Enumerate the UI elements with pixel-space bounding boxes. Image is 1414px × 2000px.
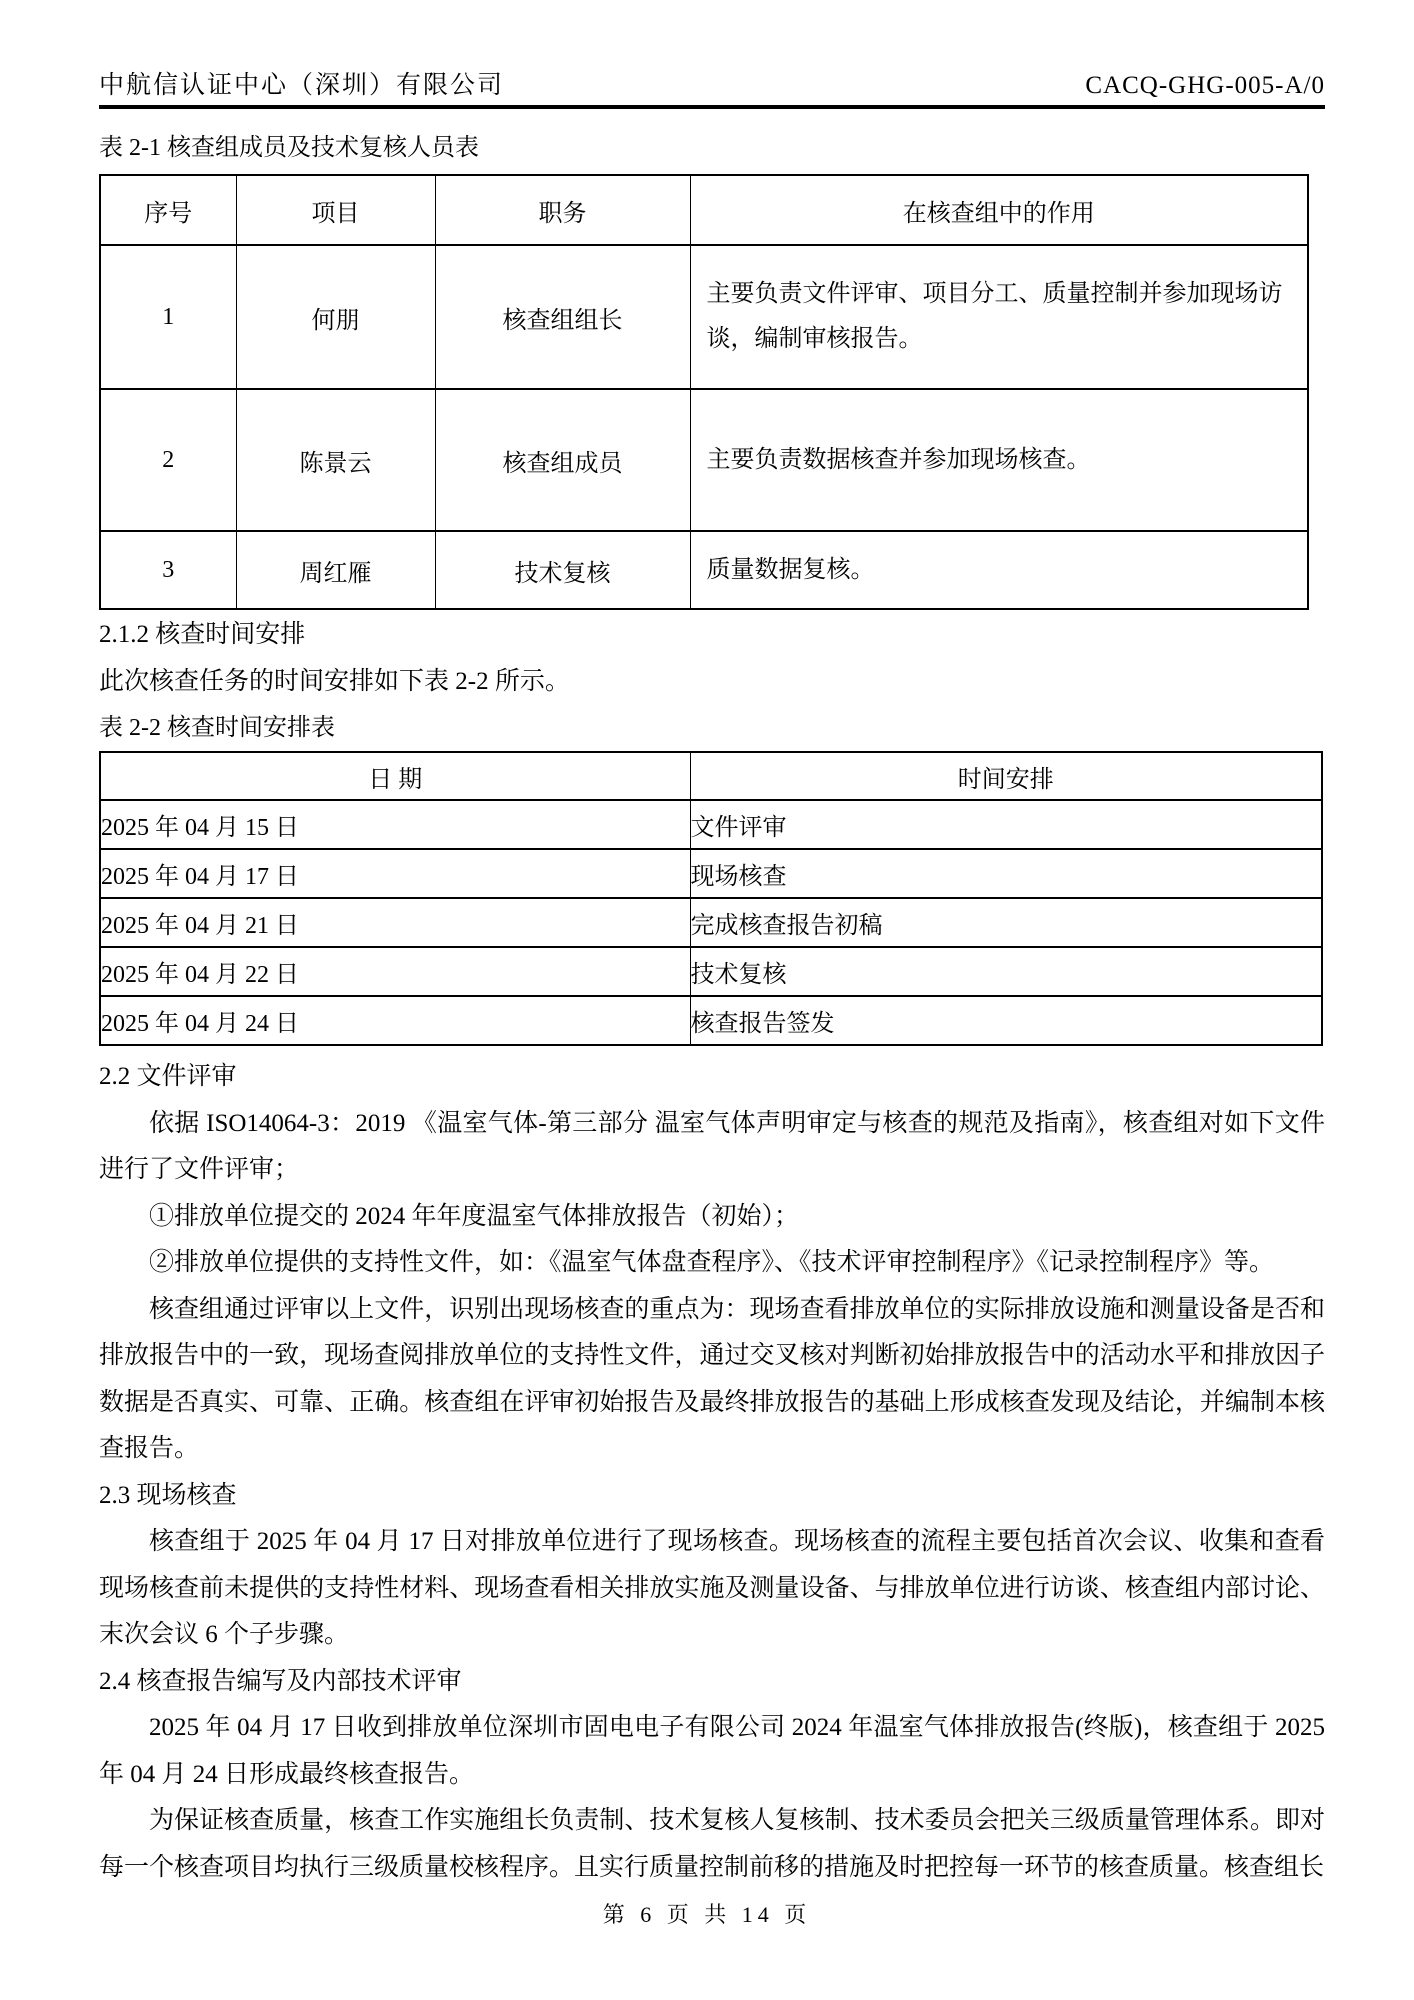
table-row: 2025 年 04 月 22 日 技术复核 (100, 947, 1322, 996)
section-2-3-para-1: 核查组于 2025 年 04 月 17 日对排放单位进行了现场核查。现场核查的流… (99, 1519, 1325, 1659)
table-row: 3 周红雁 技术复核 质量数据复核。 (100, 531, 1308, 609)
table-row: 2 陈景云 核查组成员 主要负责数据核查并参加现场核查。 (100, 389, 1308, 531)
table2-caption: 表 2-2 核查时间安排表 (99, 705, 1325, 751)
table-cell-plan: 完成核查报告初稿 (690, 898, 1322, 947)
table-cell-role: 主要负责数据核查并参加现场核查。 (690, 389, 1308, 531)
table-cell-plan: 核查报告签发 (690, 996, 1322, 1045)
page-number: 第 6 页 共 14 页 (0, 1898, 1414, 1929)
section-2-2-para-2: 核查组通过评审以上文件，识别出现场核查的重点为：现场查看排放单位的实际排放设施和… (99, 1287, 1325, 1473)
table-cell-title: 技术复核 (435, 531, 690, 609)
table1-header-name: 项目 (236, 175, 435, 245)
section-2-1-2-heading: 2.1.2 核查时间安排 (99, 612, 1325, 659)
table-header-row: 序号 项目 职务 在核查组中的作用 (100, 175, 1308, 245)
table-cell-name: 周红雁 (236, 531, 435, 609)
section-2-2-heading: 2.2 文件评审 (99, 1054, 1325, 1101)
table-cell-date: 2025 年 04 月 17 日 (100, 849, 690, 898)
table-cell-plan: 文件评审 (690, 800, 1322, 849)
table-row: 2025 年 04 月 24 日 核查报告签发 (100, 996, 1322, 1045)
table-cell-title: 核查组组长 (435, 245, 690, 389)
table-cell-date: 2025 年 04 月 15 日 (100, 800, 690, 849)
table1-header-seq: 序号 (100, 175, 236, 245)
page-header: 中航信认证中心（深圳）有限公司 CACQ-GHG-005-A/0 (99, 72, 1325, 109)
section-2-2-item-2: ②排放单位提供的支持性文件，如：《温室气体盘查程序》、《技术评审控制程序》《记录… (99, 1240, 1325, 1287)
table1-header-title: 职务 (435, 175, 690, 245)
table-cell-seq: 1 (100, 245, 236, 389)
table-row: 2025 年 04 月 17 日 现场核查 (100, 849, 1322, 898)
table-cell-role: 主要负责文件评审、项目分工、质量控制并参加现场访谈，编制审核报告。 (690, 245, 1308, 389)
header-doc-code: CACQ-GHG-005-A/0 (1085, 72, 1325, 100)
table-header-row: 日 期 时间安排 (100, 752, 1322, 800)
table-cell-seq: 2 (100, 389, 236, 531)
section-2-1-2-intro: 此次核查任务的时间安排如下表 2-2 所示。 (99, 659, 1325, 706)
schedule-table: 日 期 时间安排 2025 年 04 月 15 日 文件评审 2025 年 04… (99, 751, 1323, 1046)
table-row: 1 何朋 核查组组长 主要负责文件评审、项目分工、质量控制并参加现场访谈，编制审… (100, 245, 1308, 389)
table-cell-name: 何朋 (236, 245, 435, 389)
table-row: 2025 年 04 月 15 日 文件评审 (100, 800, 1322, 849)
header-company: 中航信认证中心（深圳）有限公司 (99, 72, 504, 100)
table-cell-name: 陈景云 (236, 389, 435, 531)
table-cell-seq: 3 (100, 531, 236, 609)
table1-header-role: 在核查组中的作用 (690, 175, 1308, 245)
table1-caption: 表 2-1 核查组成员及技术复核人员表 (99, 125, 1325, 171)
table-row: 2025 年 04 月 21 日 完成核查报告初稿 (100, 898, 1322, 947)
verification-team-table: 序号 项目 职务 在核查组中的作用 1 何朋 核查组组长 主要负责文件评审、项目… (99, 174, 1309, 610)
table2-header-date: 日 期 (100, 752, 690, 800)
document-page: 中航信认证中心（深圳）有限公司 CACQ-GHG-005-A/0 表 2-1 核… (0, 0, 1414, 2000)
table-cell-plan: 现场核查 (690, 849, 1322, 898)
table-cell-plan: 技术复核 (690, 947, 1322, 996)
section-2-2-item-1: ①排放单位提交的 2024 年年度温室气体排放报告（初始）； (99, 1194, 1325, 1241)
section-2-3-heading: 2.3 现场核查 (99, 1473, 1325, 1520)
section-2-4-para-2: 为保证核查质量，核查工作实施组长负责制、技术复核人复核制、技术委员会把关三级质量… (99, 1798, 1325, 1891)
table2-header-plan: 时间安排 (690, 752, 1322, 800)
section-2-2-para-1: 依据 ISO14064-3：2019 《温室气体-第三部分 温室气体声明审定与核… (99, 1101, 1325, 1194)
table-cell-date: 2025 年 04 月 24 日 (100, 996, 690, 1045)
section-2-4-heading: 2.4 核查报告编写及内部技术评审 (99, 1659, 1325, 1706)
table-cell-role: 质量数据复核。 (690, 531, 1308, 609)
section-2-4-para-1: 2025 年 04 月 17 日收到排放单位深圳市固电电子有限公司 2024 年… (99, 1705, 1325, 1798)
table-cell-date: 2025 年 04 月 21 日 (100, 898, 690, 947)
table-cell-title: 核查组成员 (435, 389, 690, 531)
table-cell-date: 2025 年 04 月 22 日 (100, 947, 690, 996)
